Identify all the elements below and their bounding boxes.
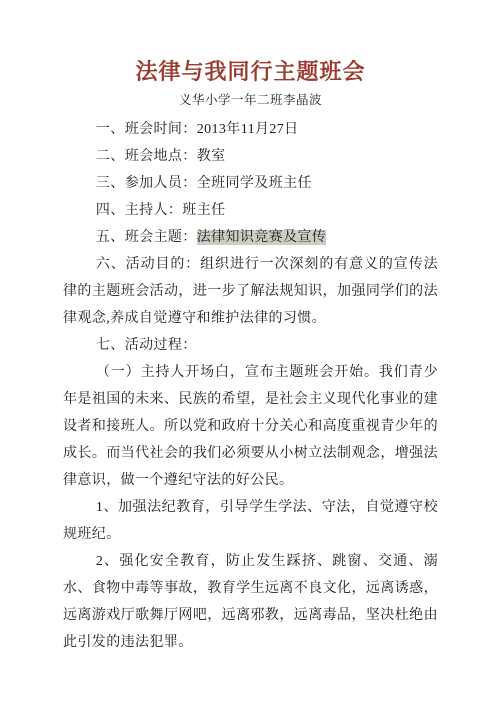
meeting-topic-label: 五、班会主题：	[96, 230, 197, 245]
paragraph-meeting-topic: 五、班会主题：法律知识竞赛及宣传	[63, 224, 438, 251]
document-page: 法律与我同行主题班会 义华小学一年二班李晶波 一、班会时间：2013年11月27…	[0, 0, 500, 708]
document-subtitle: 义华小学一年二班李晶波	[63, 91, 438, 109]
paragraph-opening-remarks: （一）主持人开场白，宣布主题班会开始。我们青少年是祖国的未来、民族的希望，是社会…	[63, 359, 438, 494]
paragraph-host: 四、主持人：班主任	[63, 197, 438, 224]
paragraph-meeting-place: 二、班会地点：教室	[63, 143, 438, 170]
paragraph-participants: 三、参加人员：全班同学及班主任	[63, 170, 438, 197]
paragraph-activity-process-heading: 七、活动过程：	[63, 332, 438, 359]
document-title: 法律与我同行主题班会	[63, 57, 438, 87]
document-content: 法律与我同行主题班会 义华小学一年二班李晶波 一、班会时间：2013年11月27…	[0, 0, 500, 656]
paragraph-item-1-discipline-education: 1、加强法纪教育，引导学生学法、守法，自觉遵守校规班纪。	[63, 494, 438, 548]
meeting-topic-highlighted-text: 法律知识竞赛及宣传	[197, 230, 327, 245]
paragraph-meeting-time: 一、班会时间：2013年11月27日	[63, 116, 438, 143]
paragraph-item-2-safety-education: 2、强化安全教育，防止发生踩挤、跳窗、交通、溺水、食物中毒等事故，教育学生远离不…	[63, 548, 438, 656]
paragraph-activity-purpose: 六、活动目的：组织进行一次深刻的有意义的宣传法律的主题班会活动，进一步了解法规知…	[63, 251, 438, 332]
